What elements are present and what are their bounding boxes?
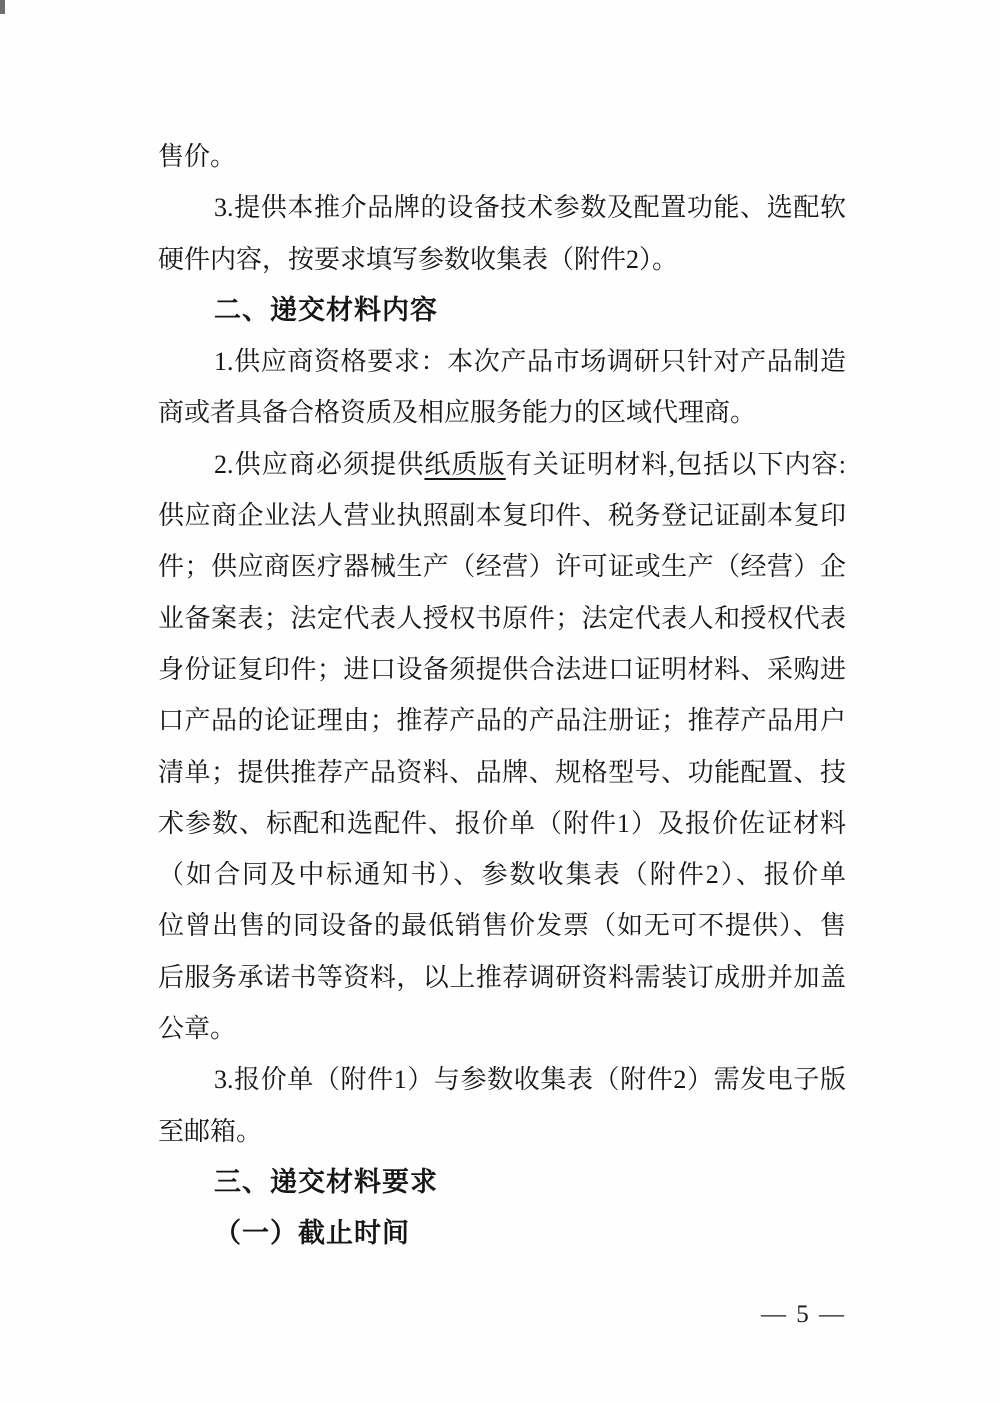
underlined-text: 纸质版 [424,450,505,479]
text-line: 后服务承诺书等资料，以上推荐调研资料需装订成册并加盖 [158,952,846,1003]
scan-artifact [0,0,5,14]
text-segment: 2.供应商必须提供 [214,450,424,479]
text-line: 2.供应商必须提供纸质版有关证明材料,包括以下内容: [158,439,846,490]
text-segment: 有关证明材料,包括以下内容: [506,450,846,479]
section-heading-3: 三、递交材料要求 [158,1157,846,1208]
document-body: 售价。 3.提供本推介品牌的设备技术参数及配置功能、选配软 硬件内容，按要求填写… [158,131,846,1260]
subsection-heading-3-1: （一）截止时间 [158,1208,846,1259]
document-page: 售价。 3.提供本推介品牌的设备技术参数及配置功能、选配软 硬件内容，按要求填写… [0,0,1000,1403]
text-line: 1.供应商资格要求：本次产品市场调研只针对产品制造 [158,336,846,387]
text-line: 公章。 [158,1003,846,1054]
text-line: 身份证复印件；进口设备须提供合法进口证明材料、采购进 [158,644,846,695]
text-line: 位曾出售的同设备的最低销售价发票（如无可不提供）、售 [158,900,846,951]
text-line: 业备案表；法定代表人授权书原件；法定代表人和授权代表 [158,593,846,644]
text-line: 3.提供本推介品牌的设备技术参数及配置功能、选配软 [158,182,846,233]
text-line: 硬件内容，按要求填写参数收集表（附件2）。 [158,234,846,285]
text-line: 口产品的论证理由；推荐产品的产品注册证；推荐产品用户 [158,695,846,746]
text-line: 商或者具备合格资质及相应服务能力的区域代理商。 [158,387,846,438]
text-line: 售价。 [158,131,846,182]
page-number: — 5 — [158,1299,846,1331]
section-heading-2: 二、递交材料内容 [158,285,846,336]
text-line: （如合同及中标通知书）、参数收集表（附件2）、报价单 [158,849,846,900]
text-line: 清单；提供推荐产品资料、品牌、规格型号、功能配置、技 [158,747,846,798]
text-line: 3.报价单（附件1）与参数收集表（附件2）需发电子版 [158,1054,846,1105]
text-line: 供应商企业法人营业执照副本复印件、税务登记证副本复印 [158,490,846,541]
text-line: 术参数、标配和选配件、报价单（附件1）及报价佐证材料 [158,798,846,849]
text-line: 件；供应商医疗器械生产（经营）许可证或生产（经营）企 [158,541,846,592]
text-line: 至邮箱。 [158,1106,846,1157]
